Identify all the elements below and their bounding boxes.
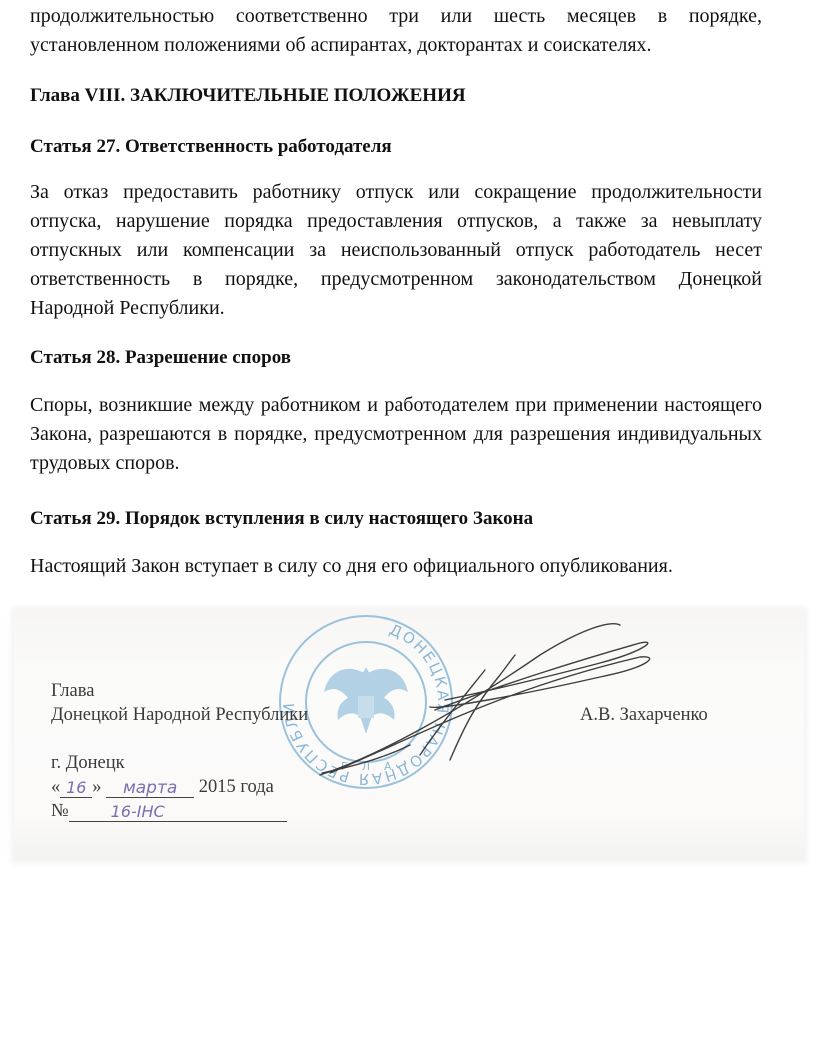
article-29-body: Настоящий Закон вступает в силу со дня е… — [30, 552, 762, 581]
article-text: За отказ предоставить работнику отпуск и… — [30, 178, 762, 323]
date-year: 2015 года — [199, 777, 274, 797]
date-open-quote: « — [51, 777, 60, 797]
signatory-position-line1: Глава — [51, 680, 94, 702]
article-title: Статья 27. Ответственность работодателя — [30, 135, 762, 159]
place-city: г. Донецк — [51, 752, 125, 774]
date-day-field: 16 — [60, 777, 92, 798]
signatory-position-line2: Донецкой Народной Республики — [51, 704, 308, 726]
signature-scan — [14, 610, 804, 860]
article-27-body: За отказ предоставить работнику отпуск и… — [30, 178, 762, 323]
date-month-field: марта — [106, 777, 194, 798]
article-29: Статья 29. Порядок вступления в силу нас… — [30, 507, 762, 531]
date-month: марта — [123, 778, 177, 798]
article-27: Статья 27. Ответственность работодателя — [30, 135, 762, 159]
date-line: «16» марта 2015 года — [51, 776, 274, 798]
article-28-body: Споры, возникшие между работником и рабо… — [30, 391, 762, 478]
intro-paragraph: продолжительностью соответственно три ил… — [30, 2, 762, 60]
document-page: продолжительностью соответственно три ил… — [0, 0, 816, 1040]
article-title: Статья 29. Порядок вступления в силу нас… — [30, 507, 762, 531]
number-line: №16-IНС — [51, 800, 287, 822]
article-title: Статья 28. Разрешение споров — [30, 346, 762, 370]
article-28: Статья 28. Разрешение споров — [30, 346, 762, 370]
number-label: № — [51, 801, 69, 821]
intro-block: продолжительностью соответственно три ил… — [30, 2, 762, 60]
chapter-heading: Глава VIII. ЗАКЛЮЧИТЕЛЬНЫЕ ПОЛОЖЕНИЯ — [30, 84, 762, 108]
number-value: 16-IНС — [111, 802, 165, 821]
date-day: 16 — [66, 778, 86, 797]
date-close-quote: » — [92, 777, 101, 797]
signatory-name: А.В. Захарченко — [580, 704, 708, 726]
article-text: Споры, возникшие между работником и рабо… — [30, 391, 762, 478]
number-field: 16-IНС — [69, 801, 287, 822]
article-text: Настоящий Закон вступает в силу со дня е… — [30, 552, 762, 581]
chapter-block: Глава VIII. ЗАКЛЮЧИТЕЛЬНЫЕ ПОЛОЖЕНИЯ — [30, 84, 762, 108]
